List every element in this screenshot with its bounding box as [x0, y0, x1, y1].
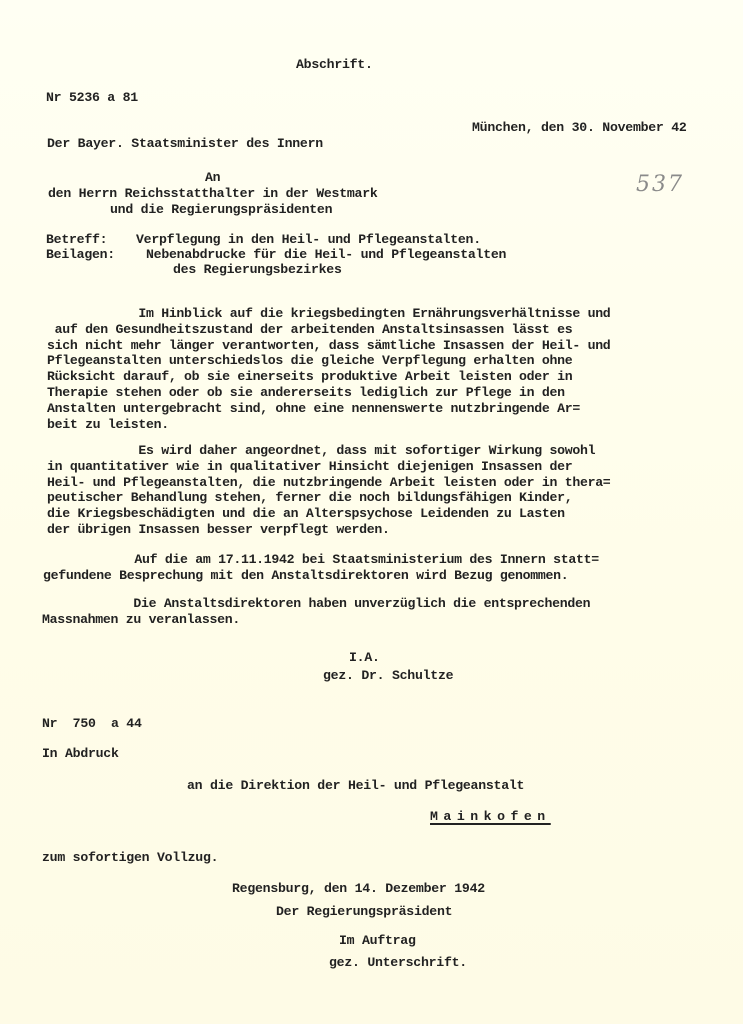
signature-im-auftrag: Im Auftrag [339, 933, 416, 949]
signature-place-date: Regensburg, den 14. Dezember 1942 [232, 881, 485, 897]
sender: Der Bayer. Staatsminister des Innern [47, 136, 323, 152]
paragraph-line: peutischer Behandlung stehen, ferner die… [47, 490, 610, 506]
document-page: Abschrift. Nr 5236 a 81 München, den 30.… [0, 0, 743, 1024]
paragraph-line: in quantitativer wie in qualitativer Hin… [47, 459, 610, 475]
document-heading: Abschrift. [296, 57, 373, 73]
paragraph-line: die Kriegsbeschädigten und die an Alters… [47, 506, 610, 522]
subject-text: Verpflegung in den Heil- und Pflegeansta… [136, 232, 481, 248]
paragraph-line: gefundene Besprechung mit den Anstaltsdi… [43, 568, 599, 584]
paragraph-4: Die Anstaltsdirektoren haben unverzüglic… [42, 596, 590, 628]
paragraph-line: Pflegeanstalten unterschiedslos die glei… [47, 353, 610, 369]
paragraph-line: Massnahmen zu veranlassen. [42, 612, 590, 628]
paragraph-line: Rücksicht darauf, ob sie einerseits prod… [47, 369, 610, 385]
institution-name: Mainkofen [430, 809, 551, 825]
enclosures-text-2: des Regierungsbezirkes [173, 262, 342, 278]
forward-to: an die Direktion der Heil- und Pflegeans… [187, 778, 524, 794]
paragraph-2: Es wird daher angeordnet, dass mit sofor… [47, 443, 610, 538]
handwritten-page-number: 537 [636, 172, 684, 197]
paragraph-line: Im Hinblick auf die kriegsbedingten Ernä… [47, 306, 610, 322]
paragraph-line: Therapie stehen oder ob sie andererseits… [47, 385, 610, 401]
signature-title: Der Regierungspräsident [276, 904, 452, 920]
signature-signed-1: gez. Dr. Schultze [323, 668, 453, 684]
paragraph-line: sich nicht mehr länger verantworten, das… [47, 338, 610, 354]
signature-ia: I.A. [349, 650, 380, 666]
instruction: zum sofortigen Vollzug. [42, 850, 218, 866]
subject-label: Betreff: [46, 232, 107, 248]
paragraph-line: beit zu leisten. [47, 417, 610, 433]
enclosures-text-1: Nebenabdrucke für die Heil- und Pflegean… [146, 247, 506, 263]
place-date: München, den 30. November 42 [472, 120, 687, 136]
addressee-to-label: An [205, 170, 220, 186]
paragraph-line: Es wird daher angeordnet, dass mit sofor… [47, 443, 610, 459]
paragraph-line: auf den Gesundheitszustand der arbeitend… [47, 322, 610, 338]
enclosures-label: Beilagen: [46, 247, 115, 263]
addressee-line-2: und die Regierungspräsidenten [110, 202, 332, 218]
addressee-line-1: den Herrn Reichsstatthalter in der Westm… [48, 186, 378, 202]
paragraph-1: Im Hinblick auf die kriegsbedingten Ernä… [47, 306, 610, 432]
in-abdruck: In Abdruck [42, 746, 119, 762]
paragraph-line: Auf die am 17.11.1942 bei Staatsminister… [43, 552, 599, 568]
paragraph-line: Anstalten untergebracht sind, ohne eine … [47, 401, 610, 417]
paragraph-3: Auf die am 17.11.1942 bei Staatsminister… [43, 552, 599, 584]
paragraph-line: Heil- und Pflegeanstalten, die nutzbring… [47, 475, 610, 491]
signature-signed-2: gez. Unterschrift. [329, 955, 467, 971]
second-reference-number: Nr 750 a 44 [42, 716, 142, 732]
reference-number: Nr 5236 a 81 [46, 90, 138, 106]
paragraph-line: Die Anstaltsdirektoren haben unverzüglic… [42, 596, 590, 612]
paragraph-line: der übrigen Insassen besser verpflegt we… [47, 522, 610, 538]
